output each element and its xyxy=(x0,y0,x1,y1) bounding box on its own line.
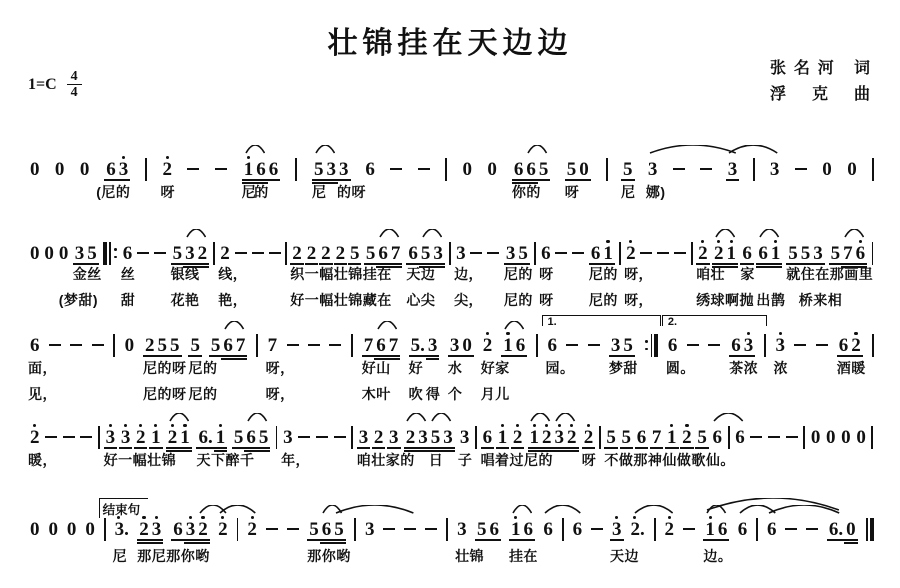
dash xyxy=(768,436,780,439)
beam xyxy=(604,447,618,449)
note: 3 xyxy=(611,337,621,354)
dash xyxy=(329,344,341,347)
note: 1 xyxy=(667,429,677,446)
lyric: 酒暖 xyxy=(837,358,866,378)
beam xyxy=(178,450,192,452)
slur xyxy=(377,321,398,330)
note: 1 xyxy=(151,429,161,446)
note: 3 xyxy=(365,521,375,538)
note: 3 xyxy=(283,429,293,446)
slur xyxy=(713,413,744,422)
repeat-start xyxy=(103,242,118,265)
notes-row: 0003565322222255676533356612221661553576 xyxy=(30,240,874,266)
dash xyxy=(785,528,797,531)
dash xyxy=(137,252,149,255)
beam xyxy=(337,179,351,181)
rest: 0 xyxy=(841,429,851,446)
note: 6 xyxy=(490,521,500,538)
beam xyxy=(332,542,346,544)
notes-row: 00003.23632225653356166632.216666.0 xyxy=(30,516,874,542)
dash xyxy=(708,344,720,347)
note: 6 xyxy=(541,245,551,262)
lyric: 面， xyxy=(28,358,57,378)
rest: 0 xyxy=(85,521,95,538)
barline xyxy=(113,334,115,357)
lyric: 呀， xyxy=(624,290,653,310)
note: 6 xyxy=(668,337,678,354)
dash xyxy=(45,436,57,439)
beam xyxy=(184,542,198,544)
beam xyxy=(234,358,248,360)
octave-dot xyxy=(251,516,254,519)
octave-dot xyxy=(854,332,857,335)
beam xyxy=(610,539,624,541)
beam xyxy=(221,358,235,360)
note: 2 xyxy=(292,245,302,262)
note: 5 xyxy=(211,337,221,354)
note: 3 xyxy=(327,161,337,178)
lyric: 浓 xyxy=(773,358,788,378)
beam xyxy=(196,539,210,541)
beam xyxy=(729,355,743,357)
lyric: 尼的呀 xyxy=(143,384,187,404)
lyric: 尼的 xyxy=(504,290,533,310)
rest: 0 xyxy=(579,161,589,178)
beam xyxy=(635,447,649,449)
lyric: 天下醉千 xyxy=(196,450,254,470)
octave-dot xyxy=(709,516,712,519)
beam xyxy=(143,355,157,357)
octave-dot xyxy=(189,516,192,519)
beam xyxy=(171,539,185,541)
dash xyxy=(70,344,82,347)
beam xyxy=(577,179,591,181)
octave-dot xyxy=(606,240,609,243)
lyric: 你的 xyxy=(512,182,541,202)
octave-dot xyxy=(747,332,750,335)
system-3: 60255556777675.3302166356633621.2.面，尼的呀尼… xyxy=(30,314,874,410)
beam xyxy=(565,179,579,181)
beam xyxy=(488,539,502,541)
lyric: 咱壮 xyxy=(696,264,725,284)
beam xyxy=(609,355,623,357)
lyric: 天边 xyxy=(610,546,639,566)
note: 3 xyxy=(770,161,780,178)
beam xyxy=(244,447,258,449)
octave-dot xyxy=(570,424,573,427)
slur xyxy=(544,505,581,514)
repeat-dots xyxy=(114,248,117,259)
note: 5 xyxy=(421,245,431,262)
note: 6 xyxy=(483,429,493,446)
octave-dot xyxy=(774,240,777,243)
beam xyxy=(387,447,401,449)
slur xyxy=(530,413,551,422)
beam xyxy=(320,539,334,541)
beam-group: 63 xyxy=(730,337,755,354)
octave-dot xyxy=(558,424,561,427)
lyric: 呀， xyxy=(266,358,295,378)
beam xyxy=(404,447,418,449)
beam xyxy=(209,355,223,357)
note: 2 xyxy=(626,245,636,262)
beam xyxy=(514,355,528,357)
lyric: 呀， xyxy=(266,384,295,404)
beam-group: 35 xyxy=(609,337,634,354)
beam xyxy=(409,355,427,357)
note: 3 xyxy=(121,429,131,446)
barline xyxy=(285,242,287,265)
note: 1 xyxy=(530,429,540,446)
octave-dot xyxy=(219,424,222,427)
rest: 0 xyxy=(30,161,40,178)
beam-group: 653 xyxy=(407,245,445,262)
note: 5 xyxy=(606,429,616,446)
dash xyxy=(316,436,328,439)
dash xyxy=(700,168,712,171)
dash xyxy=(418,168,430,171)
lyric: 圆。 xyxy=(666,358,695,378)
lyric: 好一幅壮锦 xyxy=(104,450,177,470)
dash xyxy=(657,252,669,255)
rest: 0 xyxy=(847,161,857,178)
octave-dot xyxy=(779,332,782,335)
lyric: (尼的 xyxy=(96,182,130,202)
lyric: 尼的 xyxy=(589,290,618,310)
beam xyxy=(511,447,525,449)
octave-dot xyxy=(685,424,688,427)
lyric: 尖， xyxy=(454,290,483,310)
beam-group: 565 xyxy=(232,429,270,446)
octave-dot xyxy=(668,516,671,519)
beam xyxy=(221,355,235,357)
lyric: 园。 xyxy=(546,358,575,378)
dash xyxy=(49,344,61,347)
sheet-music-page: 壮锦挂在天边边 张名河 词 浮 克 曲 1=C 4 4 000632166533… xyxy=(0,0,900,588)
barline xyxy=(872,242,874,265)
beam xyxy=(537,179,551,181)
beam xyxy=(650,447,664,449)
note: 5 xyxy=(622,429,632,446)
note: 3 xyxy=(813,245,823,262)
dash xyxy=(252,252,264,255)
note: 5 xyxy=(259,429,269,446)
note: 5 xyxy=(518,245,528,262)
note: 5 xyxy=(788,245,798,262)
dash xyxy=(383,528,395,531)
beam-group: 56 xyxy=(476,521,501,538)
note: 3 xyxy=(119,161,129,178)
note: 5 xyxy=(314,161,324,178)
key-signature: 1=C 4 4 xyxy=(28,70,82,99)
dash xyxy=(269,252,281,255)
dash xyxy=(92,344,104,347)
meter-denominator: 4 xyxy=(71,85,78,99)
lyric: 尼 xyxy=(113,546,128,566)
octave-dot xyxy=(587,424,590,427)
beam-group: 255 xyxy=(144,337,182,354)
note: 6. xyxy=(829,521,843,538)
slur xyxy=(739,505,776,514)
beam xyxy=(196,447,214,449)
barline xyxy=(803,426,805,449)
beam xyxy=(119,447,133,449)
note: 1 xyxy=(180,429,190,446)
note: 6 xyxy=(767,521,777,538)
composer-credit: 浮 克 曲 xyxy=(770,82,870,108)
note: 3 xyxy=(428,337,438,354)
note: 1 xyxy=(771,245,781,262)
beam-group: 576 xyxy=(829,245,867,262)
beam-group: 533 xyxy=(313,161,351,178)
beam xyxy=(166,447,180,449)
slur xyxy=(844,229,865,238)
slur xyxy=(706,498,840,511)
note: 3 xyxy=(775,337,785,354)
lyric: 金丝 xyxy=(73,264,102,284)
note: 5 xyxy=(623,337,633,354)
barline xyxy=(654,518,656,541)
lyric: 尼的呀 xyxy=(143,358,187,378)
dash xyxy=(235,252,247,255)
lyric: 那尼那你哟 xyxy=(137,546,210,566)
lyric: 艳， xyxy=(218,290,247,310)
barline xyxy=(534,242,536,265)
note: 6 xyxy=(742,245,752,262)
note: 3 xyxy=(612,521,622,538)
system-5: 00003.23632225653356166632.216666.0结束句尼那… xyxy=(30,498,874,578)
lyric: 桥来相 xyxy=(799,290,843,310)
note: 6 xyxy=(712,429,722,446)
beam xyxy=(137,542,151,544)
octave-dot xyxy=(183,424,186,427)
lyric: 好 xyxy=(409,358,424,378)
lyric: 出鹊 xyxy=(756,290,785,310)
rest: 0 xyxy=(811,429,821,446)
octave-dot xyxy=(154,424,157,427)
lyric: 织一幅壮锦挂在 xyxy=(290,264,392,284)
note: 6 xyxy=(573,521,583,538)
beam xyxy=(716,539,730,541)
note: 6 xyxy=(173,521,183,538)
octave-dot xyxy=(139,424,142,427)
note: 2 xyxy=(321,245,331,262)
dash xyxy=(750,436,762,439)
dash xyxy=(806,528,818,531)
barline xyxy=(354,518,356,541)
dash xyxy=(487,252,499,255)
barline xyxy=(536,334,538,357)
note: 6 xyxy=(408,245,418,262)
lyric: 子 xyxy=(458,450,473,470)
note: 6 xyxy=(543,521,553,538)
lyric: 见， xyxy=(28,384,57,404)
slur xyxy=(715,229,736,238)
beam xyxy=(582,447,596,449)
ending-label: 结束句 xyxy=(99,498,149,518)
rest: 0 xyxy=(846,521,856,538)
note: 2 xyxy=(542,429,552,446)
note: 5 xyxy=(697,429,707,446)
rest: 0 xyxy=(826,429,836,446)
octave-dot xyxy=(171,424,174,427)
dash xyxy=(154,252,166,255)
rest: 0 xyxy=(463,161,473,178)
beam xyxy=(621,355,635,357)
note: 2 xyxy=(714,245,724,262)
note: 2 xyxy=(513,429,523,446)
note: 7 xyxy=(652,429,662,446)
lyric: 银线 xyxy=(171,264,200,284)
beam-group: 567 xyxy=(209,337,247,354)
note: 1 xyxy=(511,521,521,538)
beam xyxy=(232,447,246,449)
slur xyxy=(224,321,245,330)
note: 1 xyxy=(244,161,254,178)
rest: 0 xyxy=(462,337,472,354)
note: 2 xyxy=(198,245,208,262)
time-signature: 4 4 xyxy=(67,70,82,99)
note: 1 xyxy=(603,245,613,262)
beam-group: 62 xyxy=(837,337,862,354)
note: 2 xyxy=(218,521,228,538)
note: 3 xyxy=(456,245,466,262)
rest: 0 xyxy=(67,521,77,538)
note: 2 xyxy=(163,161,173,178)
octave-dot xyxy=(514,516,517,519)
rest: 0 xyxy=(44,245,54,262)
octave-dot xyxy=(166,156,169,159)
octave-dot xyxy=(717,240,720,243)
slur xyxy=(186,229,207,238)
note: 3 xyxy=(185,245,195,262)
beam xyxy=(184,539,198,541)
beam xyxy=(134,447,148,449)
note: 5 xyxy=(366,245,376,262)
note: 6 xyxy=(223,337,233,354)
barline xyxy=(295,158,297,181)
beam xyxy=(156,355,170,357)
note: 5 xyxy=(801,245,811,262)
beam xyxy=(426,355,440,357)
beam xyxy=(621,179,635,181)
beam-group: 30 xyxy=(448,337,473,354)
beam xyxy=(501,355,515,357)
note: 7 xyxy=(364,337,374,354)
dash xyxy=(470,252,482,255)
dash xyxy=(795,168,807,171)
dash xyxy=(674,252,686,255)
beam-group: 1232 xyxy=(528,429,578,446)
lyric: 呀 xyxy=(539,290,554,310)
beam xyxy=(620,447,634,449)
barline xyxy=(98,426,100,449)
note: 6 xyxy=(378,245,388,262)
beam-group: 23 xyxy=(138,521,163,538)
beam-group: 16 xyxy=(509,521,534,538)
note: 6 xyxy=(718,521,728,538)
slur xyxy=(169,413,190,422)
beam xyxy=(827,539,845,541)
beam xyxy=(726,179,740,181)
note: 5 xyxy=(170,337,180,354)
dash xyxy=(80,436,92,439)
note: 6 xyxy=(731,337,741,354)
beam xyxy=(724,266,738,268)
beam xyxy=(416,447,430,449)
barline xyxy=(145,158,147,181)
slur xyxy=(759,229,780,238)
slur xyxy=(406,413,427,422)
slur xyxy=(315,145,336,154)
octave-dot xyxy=(501,424,504,427)
barline xyxy=(691,242,693,265)
beam xyxy=(769,266,783,268)
dash xyxy=(555,252,567,255)
beam xyxy=(441,447,455,449)
barline xyxy=(872,158,874,181)
beam-group: 6.1 xyxy=(197,429,227,446)
beam-group: 50 xyxy=(565,161,590,178)
octave-dot xyxy=(109,424,112,427)
barline xyxy=(276,426,278,449)
lyric: 丝 xyxy=(121,264,136,284)
beam-group: 553 xyxy=(787,245,825,262)
note: 2 xyxy=(30,429,40,446)
beam xyxy=(769,263,783,265)
note: 6 xyxy=(516,337,526,354)
note: 6 xyxy=(256,161,266,178)
beam-group: 767 xyxy=(362,337,400,354)
beam xyxy=(849,355,863,357)
octave-dot xyxy=(615,516,618,519)
beam-group: 565 xyxy=(308,521,346,538)
slur xyxy=(527,145,548,154)
volta-bracket-1: 1. xyxy=(542,315,661,326)
note: 6 xyxy=(856,245,866,262)
note: 6 xyxy=(526,161,536,178)
note: 3 xyxy=(359,429,369,446)
lyric: 呀 xyxy=(161,182,176,202)
lyric: 心尖 xyxy=(406,290,435,310)
beam xyxy=(137,539,151,541)
beam xyxy=(104,447,118,449)
lyric: 的呀 xyxy=(337,182,366,202)
lyric: 得 xyxy=(426,384,441,404)
note: 5 xyxy=(158,337,168,354)
dash xyxy=(298,436,310,439)
beam xyxy=(254,179,268,181)
dash xyxy=(786,436,798,439)
slur xyxy=(431,413,452,422)
note: 5 xyxy=(539,161,549,178)
barline xyxy=(104,518,106,541)
barline xyxy=(728,426,730,449)
dash xyxy=(308,344,320,347)
repeat-end xyxy=(644,334,659,357)
octave-dot xyxy=(33,424,36,427)
note: 2 xyxy=(664,521,674,538)
note: 3 xyxy=(433,245,443,262)
beam-group: 35 xyxy=(73,245,98,262)
note: 2 xyxy=(682,429,692,446)
beam xyxy=(196,542,210,544)
lyric: 呀 xyxy=(539,264,554,284)
dash xyxy=(287,344,299,347)
beam-group: 567 xyxy=(364,245,402,262)
beam-group: 166 xyxy=(242,161,280,178)
final-barline xyxy=(866,518,874,541)
